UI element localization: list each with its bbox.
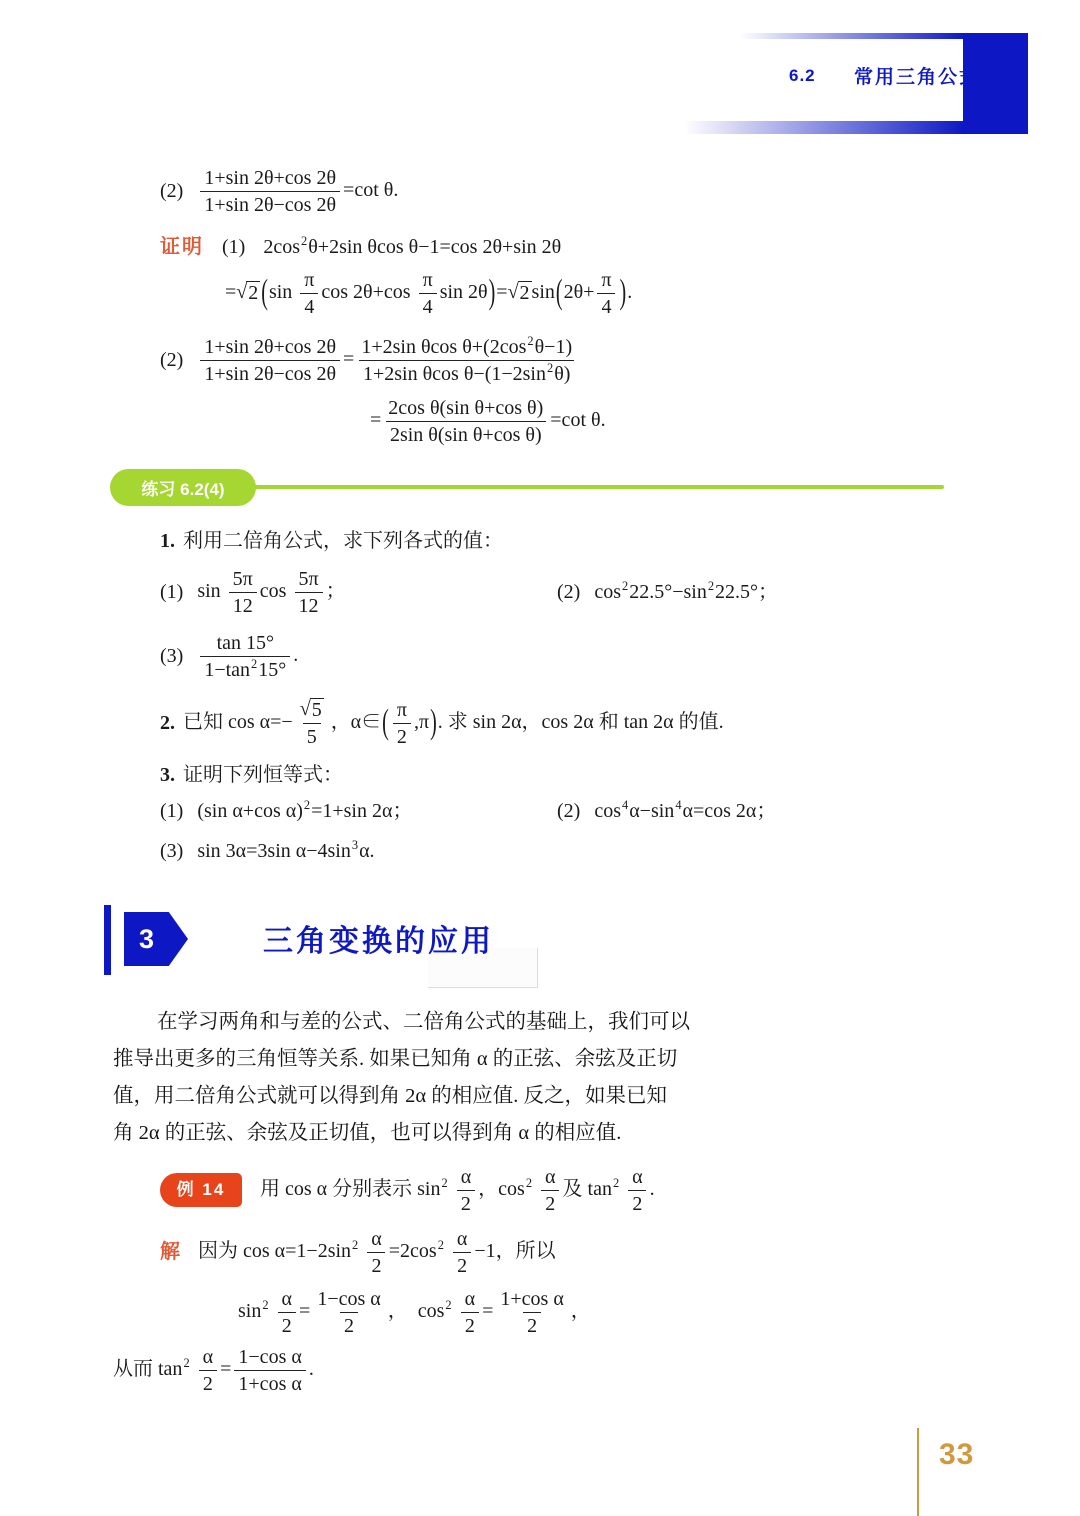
header-section-title: 常用三角公式 xyxy=(854,62,980,89)
solution-line-2: sin2 α2=1−cos α2， cos2 α2=1+cos α2， xyxy=(238,1287,591,1338)
solution-final-row: 从而 tan2 α2=1−cos α1+cos α. xyxy=(113,1338,314,1402)
example-14-row: 例 14 用 cos α 分别表示 sin2 α2，cos2 α2及 tan2 … xyxy=(160,1158,655,1222)
item-label: (1) xyxy=(160,580,183,605)
exercise-1-text: 利用二倍角公式，求下列各式的值： xyxy=(183,529,503,554)
identity-item-2-row: (2) 1+sin 2θ+cos 2θ1+sin 2θ−cos 2θ=cot θ… xyxy=(160,162,398,220)
proof-step-2-row: (2) 1+sin 2θ+cos 2θ1+sin 2θ−cos 2θ=1+2si… xyxy=(160,326,579,394)
section-number: 3 xyxy=(139,924,154,955)
item-label: (2) xyxy=(160,179,183,204)
solution-label: 解 xyxy=(160,1240,182,1265)
section-accent-bar xyxy=(104,905,111,975)
exercise-formula: cos222.5°−sin222.5°； xyxy=(594,580,778,605)
exercise-1-item-2: (2) cos222.5°−sin222.5°； xyxy=(557,560,778,624)
exercise-number: 2. xyxy=(160,711,175,736)
practice-badge: 练习 6.2(4) xyxy=(110,469,256,506)
item-label: (1) xyxy=(160,799,183,824)
exercise-3-item-3: (3) sin 3α=3sin α−4sin3α. xyxy=(160,832,375,870)
exercise-formula: tan 15°1−tan215°. xyxy=(197,631,298,682)
proof-step-2-continued-row: =2cos θ(sin θ+cos θ)2sin θ(sin θ+cos θ)=… xyxy=(370,390,606,452)
item-label: (2) xyxy=(557,580,580,605)
page-number: 33 xyxy=(939,1438,974,1472)
exercise-formula: sin 3α=3sin α−4sin3α. xyxy=(197,839,374,864)
proof-step-1-formula: 2cos2θ+2sin θcos θ−1=cos 2θ+sin 2θ xyxy=(263,235,561,260)
exercise-3-text: 证明下列恒等式： xyxy=(183,763,343,788)
example-statement: 用 cos α 分别表示 sin2 α2，cos2 α2及 tan2 α2. xyxy=(260,1165,655,1216)
proof-step-1-continued-row: =√2(sin π4cos 2θ+cos π4sin 2θ)=√2sin(2θ+… xyxy=(225,262,632,324)
proof-step-2-formula: 1+sin 2θ+cos 2θ1+sin 2θ−cos 2θ=1+2sin θc… xyxy=(197,335,579,386)
example-badge: 例 14 xyxy=(160,1173,242,1207)
exercise-formula: (sin α+cos α)2=1+sin 2α； xyxy=(197,799,412,824)
solution-centered-row: sin2 α2=1−cos α2， cos2 α2=1+cos α2， xyxy=(238,1280,591,1344)
practice-badge-label: 练习 6.2(4) xyxy=(141,475,224,500)
exercise-formula: 已知 cos α=−√55，α∈(π2,π). 求 sin 2α，cos 2α … xyxy=(183,697,724,749)
exercise-number: 1. xyxy=(160,529,175,554)
exercise-3-item-1: (1) (sin α+cos α)2=1+sin 2α； xyxy=(160,792,412,830)
item-label: (3) xyxy=(160,839,183,864)
header-gradient-strip-bottom xyxy=(684,121,964,134)
solution-line-1: 因为 cos α=1−2sin2 α2=2cos2 α2−1，所以 xyxy=(198,1227,556,1278)
exercise-formula: cos4α−sin4α=cos 2α； xyxy=(594,799,776,824)
exercise-number: 3. xyxy=(160,763,175,788)
exercise-1-heading: 1. 利用二倍角公式，求下列各式的值： xyxy=(160,524,503,558)
exercise-3-heading: 3. 证明下列恒等式： xyxy=(160,758,343,792)
item-label: (2) xyxy=(557,799,580,824)
header-section-number: 6.2 xyxy=(789,66,816,86)
exercise-formula: sin 5π12cos 5π12； xyxy=(197,567,345,618)
exercise-2-row: 2. 已知 cos α=−√55，α∈(π2,π). 求 sin 2α，cos … xyxy=(160,690,724,756)
exercise-1-item-1: (1) sin 5π12cos 5π12； xyxy=(160,560,346,624)
step-label: (1) xyxy=(222,235,245,260)
exercise-3-item-2: (2) cos4α−sin4α=cos 2α； xyxy=(557,792,776,830)
section-title: 三角变换的应用 xyxy=(263,916,494,960)
proof-step-1-row: 证明 (1) 2cos2θ+2sin θcos θ−1=cos 2θ+sin 2… xyxy=(160,228,561,266)
section-number-badge: 3 xyxy=(124,912,188,966)
page-number-divider xyxy=(917,1428,919,1516)
solution-line-3: 从而 tan2 α2=1−cos α1+cos α. xyxy=(113,1345,314,1396)
item-label: (3) xyxy=(160,644,183,669)
section-intro-paragraph: 在学习两角和与差的公式、二倍角公式的基础上，我们可以 推导出更多的三角恒等关系.… xyxy=(113,1004,733,1152)
practice-divider-line xyxy=(252,485,944,489)
solution-row: 解 因为 cos α=1−2sin2 α2=2cos2 α2−1，所以 xyxy=(160,1222,556,1282)
exercise-1-item-3: (3) tan 15°1−tan215°. xyxy=(160,624,298,688)
proof-step-2-formula-continued: =2cos θ(sin θ+cos θ)2sin θ(sin θ+cos θ)=… xyxy=(370,396,606,447)
proof-step-1-formula-continued: =√2(sin π4cos 2θ+cos π4sin 2θ)=√2sin(2θ+… xyxy=(225,268,632,319)
header-gradient-strip-top xyxy=(740,33,964,39)
step-label: (2) xyxy=(160,348,183,373)
identity-item-2-formula: 1+sin 2θ+cos 2θ1+sin 2θ−cos 2θ=cot θ. xyxy=(197,166,398,217)
proof-label: 证明 xyxy=(160,235,204,260)
